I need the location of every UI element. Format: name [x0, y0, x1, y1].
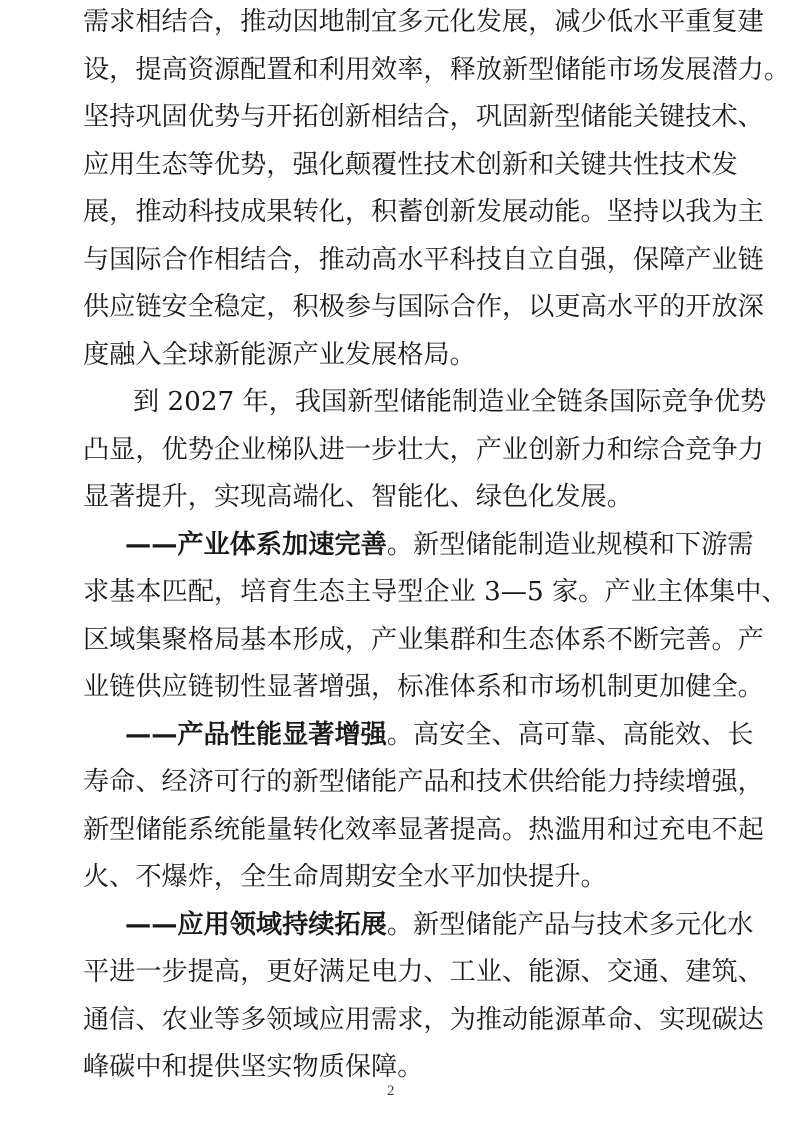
section-heading: ——应用领域持续拓展	[125, 910, 387, 940]
text-line: 火、不爆炸，全生命周期安全水平加快提升。	[83, 853, 709, 901]
text-line: 区域集聚格局基本形成，产业集群和生态体系不断完善。产	[83, 616, 709, 664]
text-span: 。新型储能制造业规模和下游需	[387, 530, 754, 560]
text-line: 应用生态等优势，强化颠覆性技术创新和关键共性技术发	[83, 141, 709, 189]
page-number: 2	[387, 1083, 395, 1100]
text-span: 。高安全、高可靠、高能效、长	[387, 720, 754, 750]
text-line: 新型储能系统能量转化效率显著提高。热滥用和过充电不起	[83, 806, 709, 854]
text-line: 平进一步提高，更好满足电力、工业、能源、交通、建筑、	[83, 948, 709, 996]
text-line: 度融入全球新能源产业发展格局。	[83, 331, 709, 379]
text-line: 凸显，优势企业梯队进一步壮大，产业创新力和综合竞争力	[83, 426, 709, 474]
text-line: 求基本匹配，培育生态主导型企业 3—5 家。产业主体集中、	[83, 568, 709, 616]
text-line: ——产业体系加速完善。新型储能制造业规模和下游需	[125, 521, 709, 569]
text-line: 寿命、经济可行的新型储能产品和技术供给能力持续增强，	[83, 758, 709, 806]
section-heading: ——产业体系加速完善	[125, 530, 387, 560]
text-line: ——产品性能显著增强。高安全、高可靠、高能效、长	[125, 711, 709, 759]
text-line: 到 2027 年，我国新型储能制造业全链条国际竞争优势	[133, 378, 709, 426]
text-line: 设，提高资源配置和利用效率，释放新型储能市场发展潜力。	[83, 46, 709, 94]
text-line: 展，推动科技成果转化，积蓄创新发展动能。坚持以我为主	[83, 188, 709, 236]
text-line: 与国际合作相结合，推动高水平科技自立自强，保障产业链	[83, 236, 709, 284]
text-line: 需求相结合，推动因地制宜多元化发展，减少低水平重复建	[83, 0, 709, 46]
section-heading: ——产品性能显著增强	[125, 720, 387, 750]
text-line: 供应链安全稳定，积极参与国际合作，以更高水平的开放深	[83, 283, 709, 331]
text-line: 通信、农业等多领域应用需求，为推动能源革命、实现碳达	[83, 996, 709, 1044]
text-line: 坚持巩固优势与开拓创新相结合，巩固新型储能关键技术、	[83, 93, 709, 141]
text-span: 。新型储能产品与技术多元化水	[387, 910, 754, 940]
text-line: ——应用领域持续拓展。新型储能产品与技术多元化水	[125, 901, 709, 949]
text-line: 业链供应链韧性显著增强，标准体系和市场机制更加健全。	[83, 663, 709, 711]
text-line: 显著提升，实现高端化、智能化、绿色化发展。	[83, 473, 709, 521]
text-line: 峰碳中和提供坚实物质保障。	[83, 1043, 709, 1091]
